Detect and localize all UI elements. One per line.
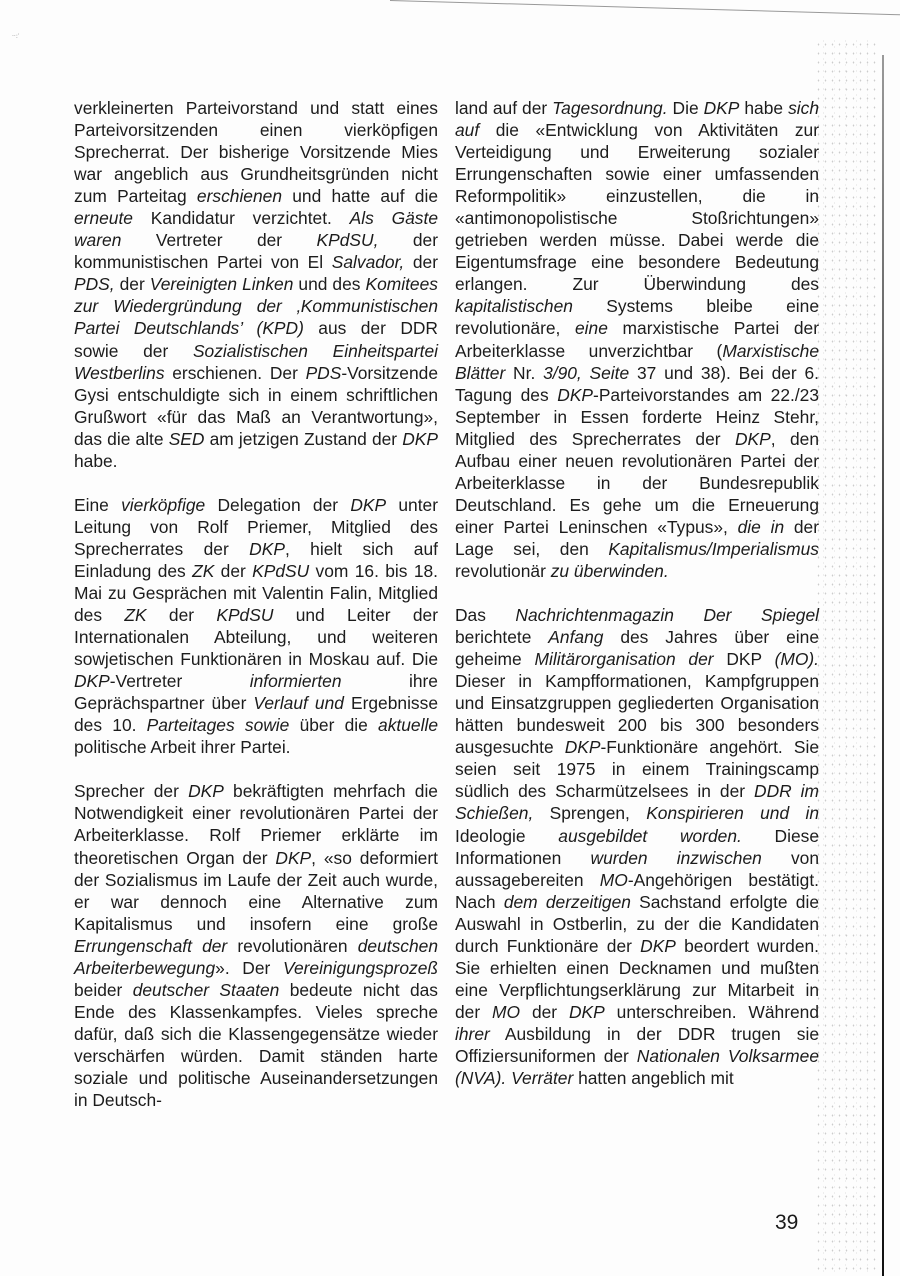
italic-run: DKP <box>704 98 740 118</box>
text-run: erschienen. Der <box>165 363 306 383</box>
italic-run: kapitalistischen <box>455 296 573 316</box>
italic-run: SED <box>169 429 205 449</box>
text-run: Sprengen, <box>533 803 646 823</box>
scan-noise <box>815 40 877 1276</box>
italic-run: ZK <box>192 561 214 581</box>
text-run: der <box>147 605 217 625</box>
italic-run: DKP <box>735 429 771 449</box>
italic-run: KPdSU, <box>317 230 379 250</box>
italic-run: Verräter <box>511 1068 573 1088</box>
italic-run: MO <box>600 870 628 890</box>
text-run: Nr. <box>505 363 543 383</box>
text-run: Delegation der <box>205 495 350 515</box>
italic-run: DKP <box>565 737 601 757</box>
text-run: der <box>404 252 438 272</box>
italic-run: DKP <box>74 671 110 691</box>
italic-run: DKP <box>188 781 224 801</box>
italic-run: 3/90, Seite <box>543 363 629 383</box>
italic-run: Errungenschaft der <box>74 936 227 956</box>
text-run: die «Entwicklung von Aktivitäten zur Ver… <box>455 120 819 294</box>
italic-run: die in <box>738 517 785 537</box>
italic-run: Kapitalismus/Imperialismus <box>608 539 819 559</box>
text-run: DKP <box>714 649 775 669</box>
text-run: beider <box>74 980 133 1000</box>
italic-run: Nachrichtenmagazin <box>515 605 674 625</box>
scan-edge-line-top <box>390 0 900 16</box>
italic-run: Vereinigten Linken <box>150 274 294 294</box>
paragraph: Sprecher der DKP bekräftigten mehrfach d… <box>74 780 438 1111</box>
right-column: land auf der Tagesordnung. Die DKP habe … <box>455 97 819 1111</box>
italic-run: MO <box>492 1002 520 1022</box>
text-run: über die <box>289 715 378 735</box>
page-edge-line <box>882 55 884 1276</box>
paragraph: land auf der Tagesordnung. Die DKP habe … <box>455 97 819 582</box>
italic-run: KPdSU <box>216 605 273 625</box>
italic-run: Militärorganisation der <box>535 649 714 669</box>
italic-run: ausgebildet worden. <box>558 826 742 846</box>
scanned-page: ··:′ verkleinerten Parteivorstand und st… <box>0 0 900 1276</box>
italic-run: KPdSU <box>252 561 309 581</box>
text-run: berichtete <box>455 627 548 647</box>
italic-run: Anfang <box>548 627 603 647</box>
text-run: Ideologie <box>455 826 558 846</box>
italic-run: erschienen <box>197 186 282 206</box>
italic-run: zu überwinden. <box>551 561 669 581</box>
italic-run: Verlauf und <box>253 693 344 713</box>
text-run: am jetzigen Zustand der <box>204 429 402 449</box>
italic-run: Konspirieren und in <box>646 803 819 823</box>
text-run: Das <box>455 605 515 625</box>
italic-run: Tagesordnung. <box>552 98 667 118</box>
text-run: Eine <box>74 495 121 515</box>
text-run: und hatte auf die <box>282 186 438 206</box>
text-run: der <box>214 561 252 581</box>
text-run: unterschreiben. Während <box>605 1002 819 1022</box>
corner-mark: ··:′ <box>12 33 19 40</box>
italic-run: Parteitages sowie <box>147 715 290 735</box>
text-run: land auf der <box>455 98 552 118</box>
text-run: der <box>520 1002 569 1022</box>
italic-run: PDS <box>306 363 342 383</box>
italic-run: DKP <box>557 385 593 405</box>
italic-run: erneute <box>74 208 133 228</box>
text-run: revolutionären <box>227 936 358 956</box>
text-run: der <box>115 274 150 294</box>
italic-run: Der Spiegel <box>703 605 819 625</box>
italic-run: ZK <box>124 605 146 625</box>
text-run: ». Der <box>215 958 283 978</box>
italic-run: ihrer <box>455 1024 490 1044</box>
italic-run: Salvador, <box>332 252 405 272</box>
page-number: 39 <box>775 1211 798 1235</box>
italic-run: vierköpfige <box>121 495 205 515</box>
text-run: revolutionär <box>455 561 551 581</box>
italic-run: wurden inzwischen <box>591 848 762 868</box>
italic-run: informierten <box>250 671 342 691</box>
text-run: Kandidatur verzichtet. <box>133 208 350 228</box>
italic-run: DKP <box>249 539 285 559</box>
italic-run: Vereinigungsprozeß <box>283 958 438 978</box>
paragraph: verkleinerten Parteivorstand und statt e… <box>74 97 438 472</box>
italic-run: (MO). <box>775 649 819 669</box>
italic-run: DKP <box>402 429 438 449</box>
text-run: habe. <box>74 451 118 471</box>
italic-run: DKP <box>275 848 311 868</box>
italic-run: DKP <box>640 936 676 956</box>
italic-run: eine <box>575 318 608 338</box>
text-run <box>674 605 704 625</box>
text-run: und des <box>293 274 365 294</box>
left-column: verkleinerten Parteivorstand und statt e… <box>74 97 438 1133</box>
italic-run: dem derzeitigen <box>504 892 631 912</box>
text-run: Sprecher der <box>74 781 188 801</box>
paragraph: Eine vierköpfige Delegation der DKP unte… <box>74 494 438 759</box>
text-run: Die <box>668 98 704 118</box>
paragraph: Das Nachrichtenmagazin Der Spiegel beric… <box>455 604 819 1089</box>
italic-run: PDS, <box>74 274 115 294</box>
text-run: hatten angeblich mit <box>573 1068 733 1088</box>
text-run: Vertreter der <box>121 230 316 250</box>
italic-run: DKP <box>350 495 386 515</box>
italic-run: aktuelle <box>378 715 438 735</box>
text-run: politische Arbeit ihrer Partei. <box>74 737 291 757</box>
text-run: habe <box>739 98 788 118</box>
text-run: -Vertreter <box>110 671 250 691</box>
italic-run: deutscher Staaten <box>133 980 280 1000</box>
italic-run: DKP <box>569 1002 605 1022</box>
